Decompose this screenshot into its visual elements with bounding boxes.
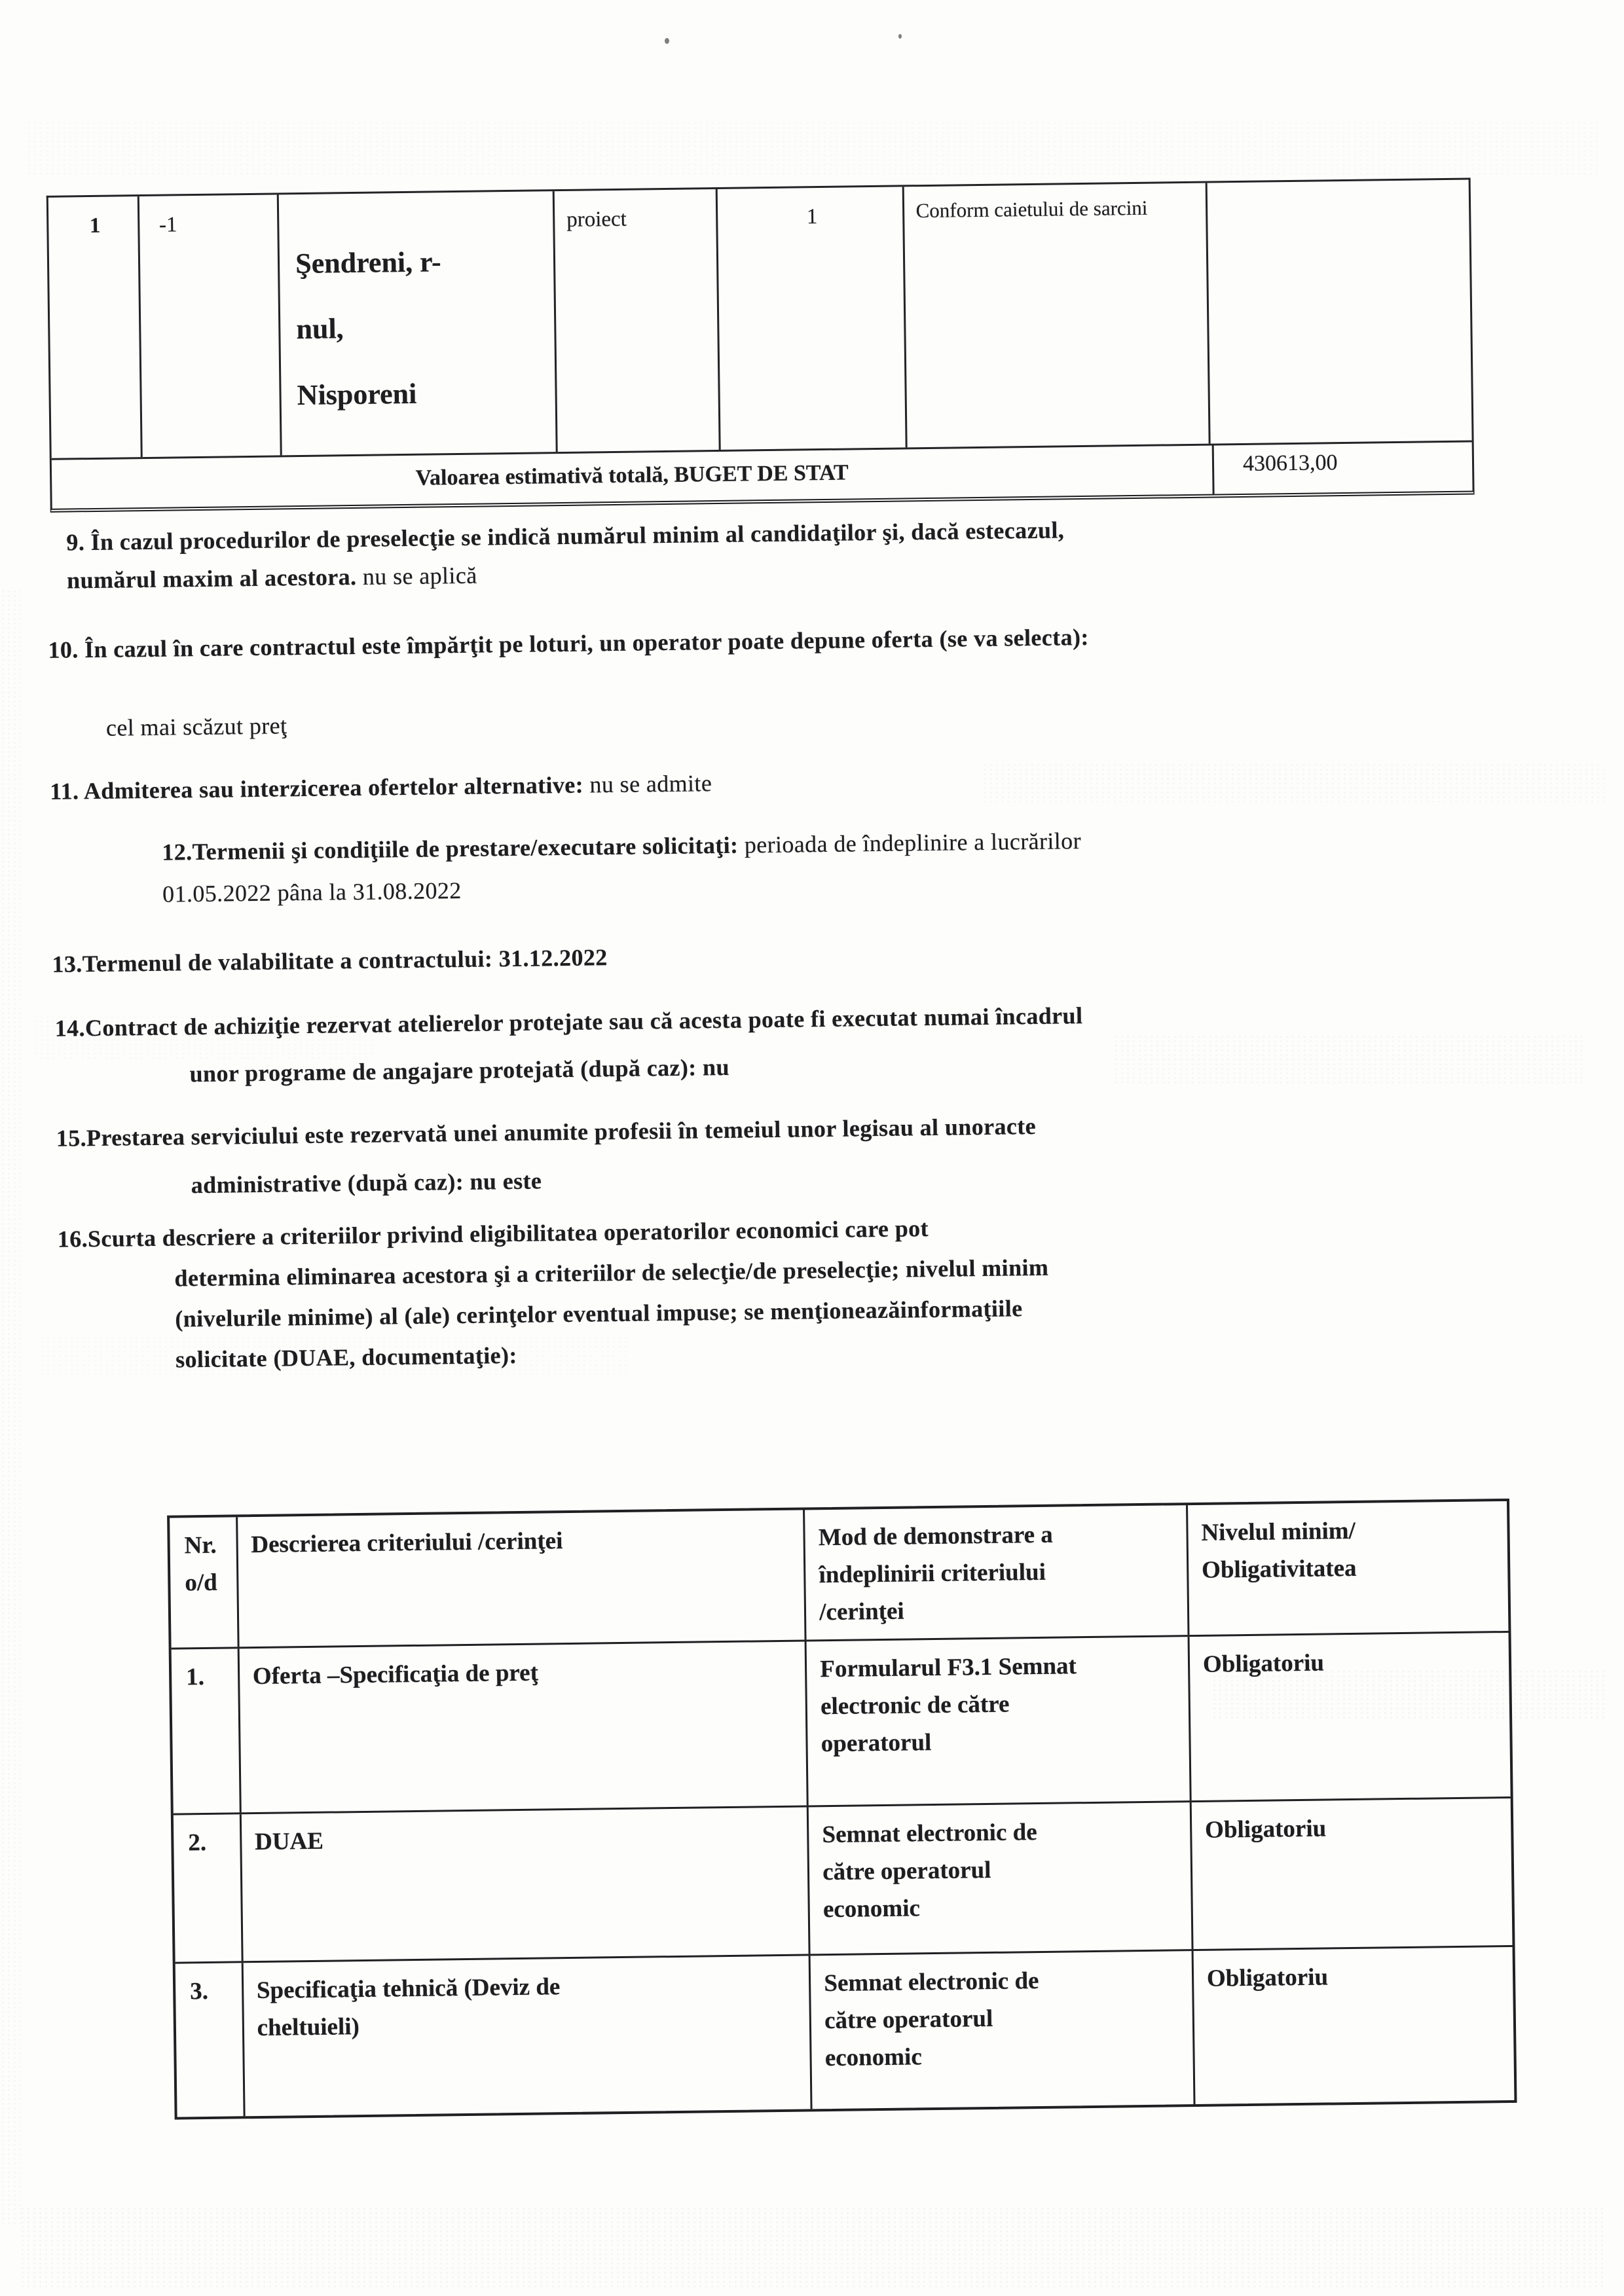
cell-location: Şendreni, r- nul, Nisporeni [279, 191, 558, 455]
lot-table: 1 -1 Şendreni, r- nul, Nisporeni proiect… [46, 178, 1475, 513]
row-2-minimum-level: Obligatoriu [1192, 1798, 1513, 1949]
item-10: 10. În cazul în care contractul este împ… [48, 618, 1089, 669]
row-3-demonstration-mode: Semnat electronic de către operatorul ec… [811, 1951, 1196, 2109]
scanned-document-page: { "colors": { "ink": "#1e1e20", "paper":… [0, 0, 1624, 2296]
item-15-line-2: administrative (după caz): nu este [191, 1156, 1037, 1204]
item-14-line-2: unor programe de angajare protejată (dup… [189, 1044, 1083, 1093]
row-1-description: Oferta –Specificaţia de preţ [239, 1641, 809, 1812]
row-3-description: Specificaţia tehnică (Deviz de cheltuiel… [243, 1956, 812, 2116]
scan-speck [898, 34, 902, 39]
row-3-nr: 3. [175, 1963, 246, 2117]
row-3-minimum-level: Obligatoriu [1193, 1947, 1514, 2104]
item-9-answer: nu se aplică [356, 562, 477, 590]
row-1-demonstration-mode: Formularul F3.1 Semnat electronic de căt… [807, 1637, 1192, 1805]
item-11-text: 11. Admiterea sau interzicerea ofertelor… [50, 772, 583, 805]
scan-tilt-layer: 1 -1 Şendreni, r- nul, Nisporeni proiect… [0, 0, 1624, 2296]
total-value: 430613,00 [1214, 443, 1473, 494]
item-11-answer: nu se admite [583, 770, 712, 797]
item-15: 15.Prestarea serviciului este rezervată … [56, 1107, 1037, 1206]
cell-quantity: 1 [718, 187, 907, 450]
item-16-line-4: solicitate (DUAE, documentaţie): [175, 1330, 1050, 1379]
criteria-row-2: 2. DUAE Semnat electronic de către opera… [174, 1796, 1513, 1962]
item-16: 16.Scurta descriere a criteriilor privin… [57, 1208, 1050, 1380]
criteria-table: Nr. o/d Descrierea criteriului /cerinţei… [167, 1499, 1517, 2120]
row-1-nr: 1. [172, 1649, 242, 1813]
row-2-demonstration-mode: Semnat electronic de către operatorul ec… [809, 1802, 1193, 1954]
item-9-text-2: numărul maxim al acestora. [67, 564, 357, 594]
criteria-row-1: 1. Oferta –Specificaţia de preţ Formular… [172, 1631, 1511, 1813]
cell-lot-code: -1 [139, 194, 282, 457]
criteria-header-row: Nr. o/d Descrierea criteriului /cerinţei… [170, 1501, 1508, 1648]
row-2-nr: 2. [174, 1814, 244, 1961]
scan-speck [665, 38, 669, 44]
cell-extra [1208, 180, 1472, 444]
row-1-minimum-level: Obligatoriu [1189, 1633, 1510, 1800]
cell-lot-nr: 1 [48, 196, 143, 458]
lot-table-row: 1 -1 Şendreni, r- nul, Nisporeni proiect… [48, 180, 1472, 458]
item-12: 12.Termenii şi condiţiile de prestare/ex… [162, 820, 1082, 915]
criteria-row-3: 3. Specificaţia tehnică (Deviz de cheltu… [175, 1945, 1515, 2117]
item-9: 9. În cazul procedurilor de preselecţie … [66, 504, 1599, 599]
row-2-description: DUAE [242, 1807, 811, 1961]
item-10-answer: cel mai scăzut preţ [106, 706, 287, 746]
item-10-text: 10. În cazul în care contractul este împ… [48, 624, 1089, 663]
item-11-line-1: 11. Admiterea sau interzicerea ofertelor… [50, 764, 712, 811]
cell-note: Conform caietului de sarcini [904, 183, 1211, 448]
item-15-line-1: 15.Prestarea serviciului este rezervată … [56, 1107, 1036, 1157]
cell-object: proiect [555, 189, 721, 452]
item-11: 11. Admiterea sau interzicerea ofertelor… [50, 764, 712, 811]
header-nr: Nr. o/d [170, 1517, 239, 1647]
paper-sheet: 1 -1 Şendreni, r- nul, Nisporeni proiect… [0, 0, 1624, 2296]
item-10-line-1: 10. În cazul în care contractul este împ… [48, 618, 1089, 669]
item-14: 14.Contract de achiziţie rezervat atelie… [54, 996, 1083, 1095]
header-minimum-level: Nivelul minim/ Obligativitatea [1188, 1501, 1509, 1635]
item-13-text: 13.Termenul de valabilitate a contractul… [52, 938, 608, 983]
item-12-text: 12.Termenii şi condiţiile de prestare/ex… [162, 832, 739, 866]
item-14-line-1: 14.Contract de achiziţie rezervat atelie… [54, 996, 1082, 1048]
header-description: Descrierea criteriului /cerinţei [238, 1510, 807, 1647]
item-9-text: 9. În cazul procedurilor de preselecţie … [66, 517, 1064, 555]
item-13: 13.Termenul de valabilitate a contractul… [52, 938, 608, 983]
header-demonstration-mode: Mod de demonstrare a îndeplinirii criter… [805, 1505, 1189, 1639]
item-12-answer: perioada de îndeplinire a lucrărilor [738, 828, 1081, 858]
